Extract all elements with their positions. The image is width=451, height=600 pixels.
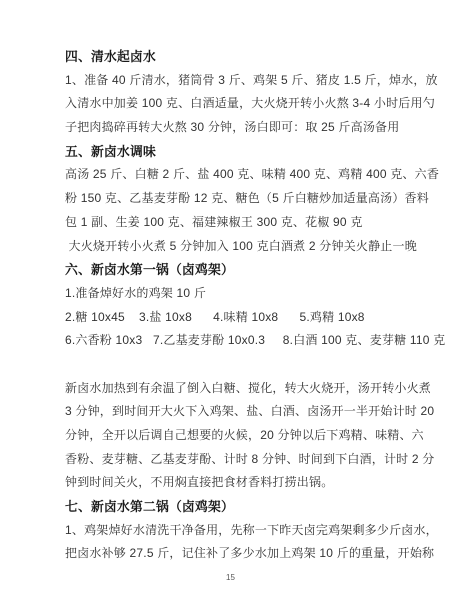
section-heading-5: 五、新卤水调味	[65, 140, 396, 164]
text-line: 3 分钟，到时间开大火下入鸡架、盐、白酒、卤汤开一半开始计时 20	[65, 400, 396, 424]
text-line: 包 1 副、生姜 100 克、福建辣椒王 300 克、花椒 90 克	[65, 211, 396, 235]
text-line: 6.六香粉 10x3 7.乙基麦芽酚 10x0.3 8.白酒 100 克、麦芽糖…	[65, 329, 396, 353]
text-line: 分钟，全开以后调自己想要的火候，20 分钟以后下鸡精、味精、六	[65, 424, 396, 448]
text-line: 2.糖 10x45 3.盐 10x8 4.味精 10x8 5.鸡精 10x8	[65, 306, 396, 330]
text-line: 大火烧开转小火煮 5 分钟加入 100 克白酒煮 2 分钟关火静止一晚	[65, 235, 396, 259]
section-heading-6: 六、新卤水第一锅（卤鸡架）	[65, 258, 396, 282]
text-line: 钟到时间关火，不用焖直接把食材香料打捞出锅。	[65, 471, 396, 495]
text-line: 香粉、麦芽糖、乙基麦芽酚、计时 8 分钟、时间到下白酒，计时 2 分	[65, 448, 396, 472]
text-line: 新卤水加热到有余温了倒入白糖、搅化，转大火烧开，汤开转小火煮	[65, 377, 396, 401]
document-page: 四、清水起卤水 1、准备 40 斤清水，猪筒骨 3 斤、鸡架 5 斤、猪皮 1.…	[0, 0, 451, 600]
text-line: 子把肉捣碎再转大火熬 30 分钟，汤白即可：取 25 斤高汤备用	[65, 116, 396, 140]
text-line: 1.准备焯好水的鸡架 10 斤	[65, 282, 396, 306]
text-line: 1、鸡架焯好水清洗干净备用，先称一下昨天卤完鸡架剩多少斤卤水，	[65, 519, 396, 543]
text-line: 1、准备 40 斤清水，猪筒骨 3 斤、鸡架 5 斤、猪皮 1.5 斤，焯水，放	[65, 69, 396, 93]
section-heading-7: 七、新卤水第二锅（卤鸡架）	[65, 495, 396, 519]
document-content: 四、清水起卤水 1、准备 40 斤清水，猪筒骨 3 斤、鸡架 5 斤、猪皮 1.…	[0, 0, 451, 590]
text-line: 把卤水补够 27.5 斤，记住补了多少水加上鸡架 10 斤的重量，开始称	[65, 542, 396, 566]
text-line: 高汤 25 斤、白糖 2 斤、盐 400 克、味精 400 克、鸡精 400 克…	[65, 163, 396, 187]
page-number: 15	[65, 566, 396, 590]
section-heading-4: 四、清水起卤水	[65, 45, 396, 69]
text-line: 粉 150 克、乙基麦芽酚 12 克、糖色（5 斤白糖炒加适量高汤）香料	[65, 187, 396, 211]
text-line: 入清水中加姜 100 克、白酒适量，大火烧开转小火熬 3-4 小时后用勺	[65, 92, 396, 116]
blank-line	[65, 353, 396, 377]
